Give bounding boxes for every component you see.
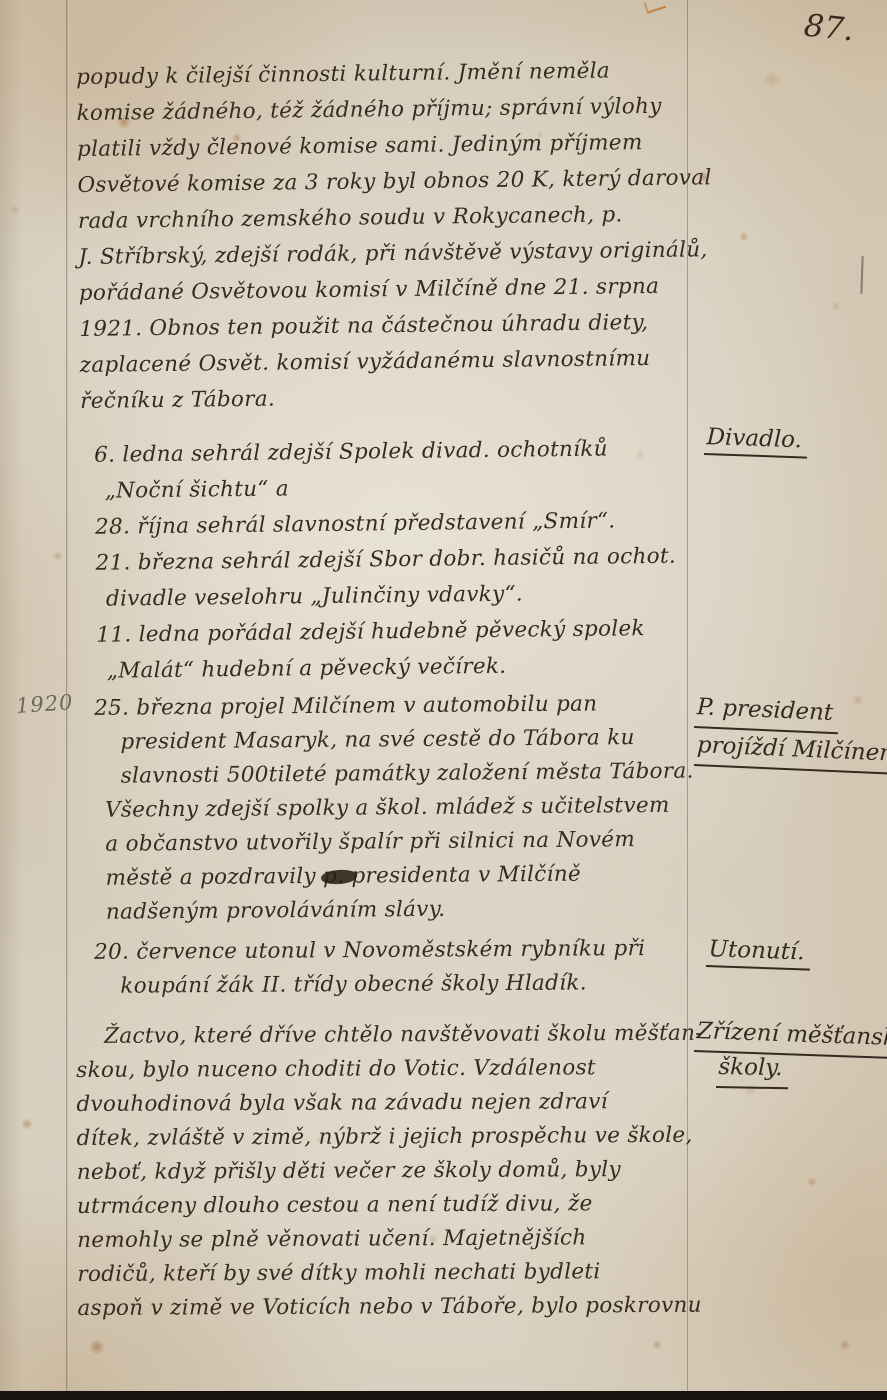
text-line: rodičů, kteří by své dítky mohli nechati… xyxy=(77,1255,722,1292)
ink-smudge-mark xyxy=(644,0,666,14)
text-line: aspoň v zimě ve Voticích nebo v Táboře, … xyxy=(77,1289,722,1326)
page-number: 87. xyxy=(802,7,856,48)
text-line: president Masaryk, na své cestě do Tábor… xyxy=(76,720,721,760)
margin-note-label: P. president xyxy=(694,692,840,734)
intro-paragraph: popudy k čilejší činnosti kulturní. Jměn… xyxy=(76,52,725,420)
margin-note-label: projíždí Milčínem. xyxy=(694,730,887,776)
text-line: Žactvo, které dříve chtělo navštěvovati … xyxy=(76,1017,721,1054)
text-line: dítek, zvláště v zimě, nýbrž i jejich pr… xyxy=(77,1119,722,1156)
text-line: Všechny zdejší spolky a škol. mládež s u… xyxy=(77,788,722,828)
text-line: neboť, když přišly děti večer ze školy d… xyxy=(77,1153,722,1190)
margin-note-president: P. president projíždí Milčínem. xyxy=(694,692,887,768)
text-line: koupání žák II. třídy obecné školy Hladí… xyxy=(76,965,721,1004)
chronicle-page-scan: 87. 1920 popudy k čilejší činnosti kultu… xyxy=(0,0,887,1400)
theatre-entries-paragraph: 6. ledna sehrál zdejší Spolek divad. och… xyxy=(76,430,724,690)
text-line: městě a pozdravily p. presidenta v Milčí… xyxy=(77,856,722,896)
text-line: utrmáceny dlouho cestou a není tudíž div… xyxy=(77,1187,722,1224)
masaryk-visit-paragraph: 25. března projel Milčínem v automobilu … xyxy=(76,686,723,930)
margin-note-label: Utonutí. xyxy=(706,936,811,971)
pencil-tick-mark xyxy=(860,256,863,294)
text-line: „Malát“ hudební a pěvecký večírek. xyxy=(79,646,724,690)
margin-note-label: Divadlo. xyxy=(704,424,808,459)
text-line: a občanstvo utvořily špalír při silnici … xyxy=(77,822,722,862)
text-line: dvouhodinová byla však na závadu nejen z… xyxy=(76,1085,721,1122)
margin-note-label: školy. xyxy=(716,1052,789,1089)
drowning-paragraph: 20. července utonul v Novoměstském rybní… xyxy=(76,931,721,1004)
margin-year-note: 1920 xyxy=(15,690,74,718)
book-edge-shadow xyxy=(0,1391,887,1400)
margin-note-school: Zřízení měšťanské školy. xyxy=(694,1016,887,1088)
text-line: 25. března projel Milčínem v automobilu … xyxy=(76,686,721,726)
text-line: 20. července utonul v Novoměstském rybní… xyxy=(76,931,721,970)
margin-note-theatre: Divadlo. xyxy=(704,424,807,455)
margin-note-drowning: Utonutí. xyxy=(706,936,810,967)
text-line: slavnosti 500tileté památky založení měs… xyxy=(77,754,722,794)
text-line: řečníku z Tábora. xyxy=(80,376,725,420)
school-paragraph: Žactvo, které dříve chtělo navštěvovati … xyxy=(76,1017,723,1326)
text-line: skou, bylo nuceno choditi do Votic. Vzdá… xyxy=(76,1051,721,1088)
text-line: nadšeným provoláváním slávy. xyxy=(78,890,723,930)
text-line: nemohly se plně věnovati učení. Majetněj… xyxy=(77,1221,722,1258)
